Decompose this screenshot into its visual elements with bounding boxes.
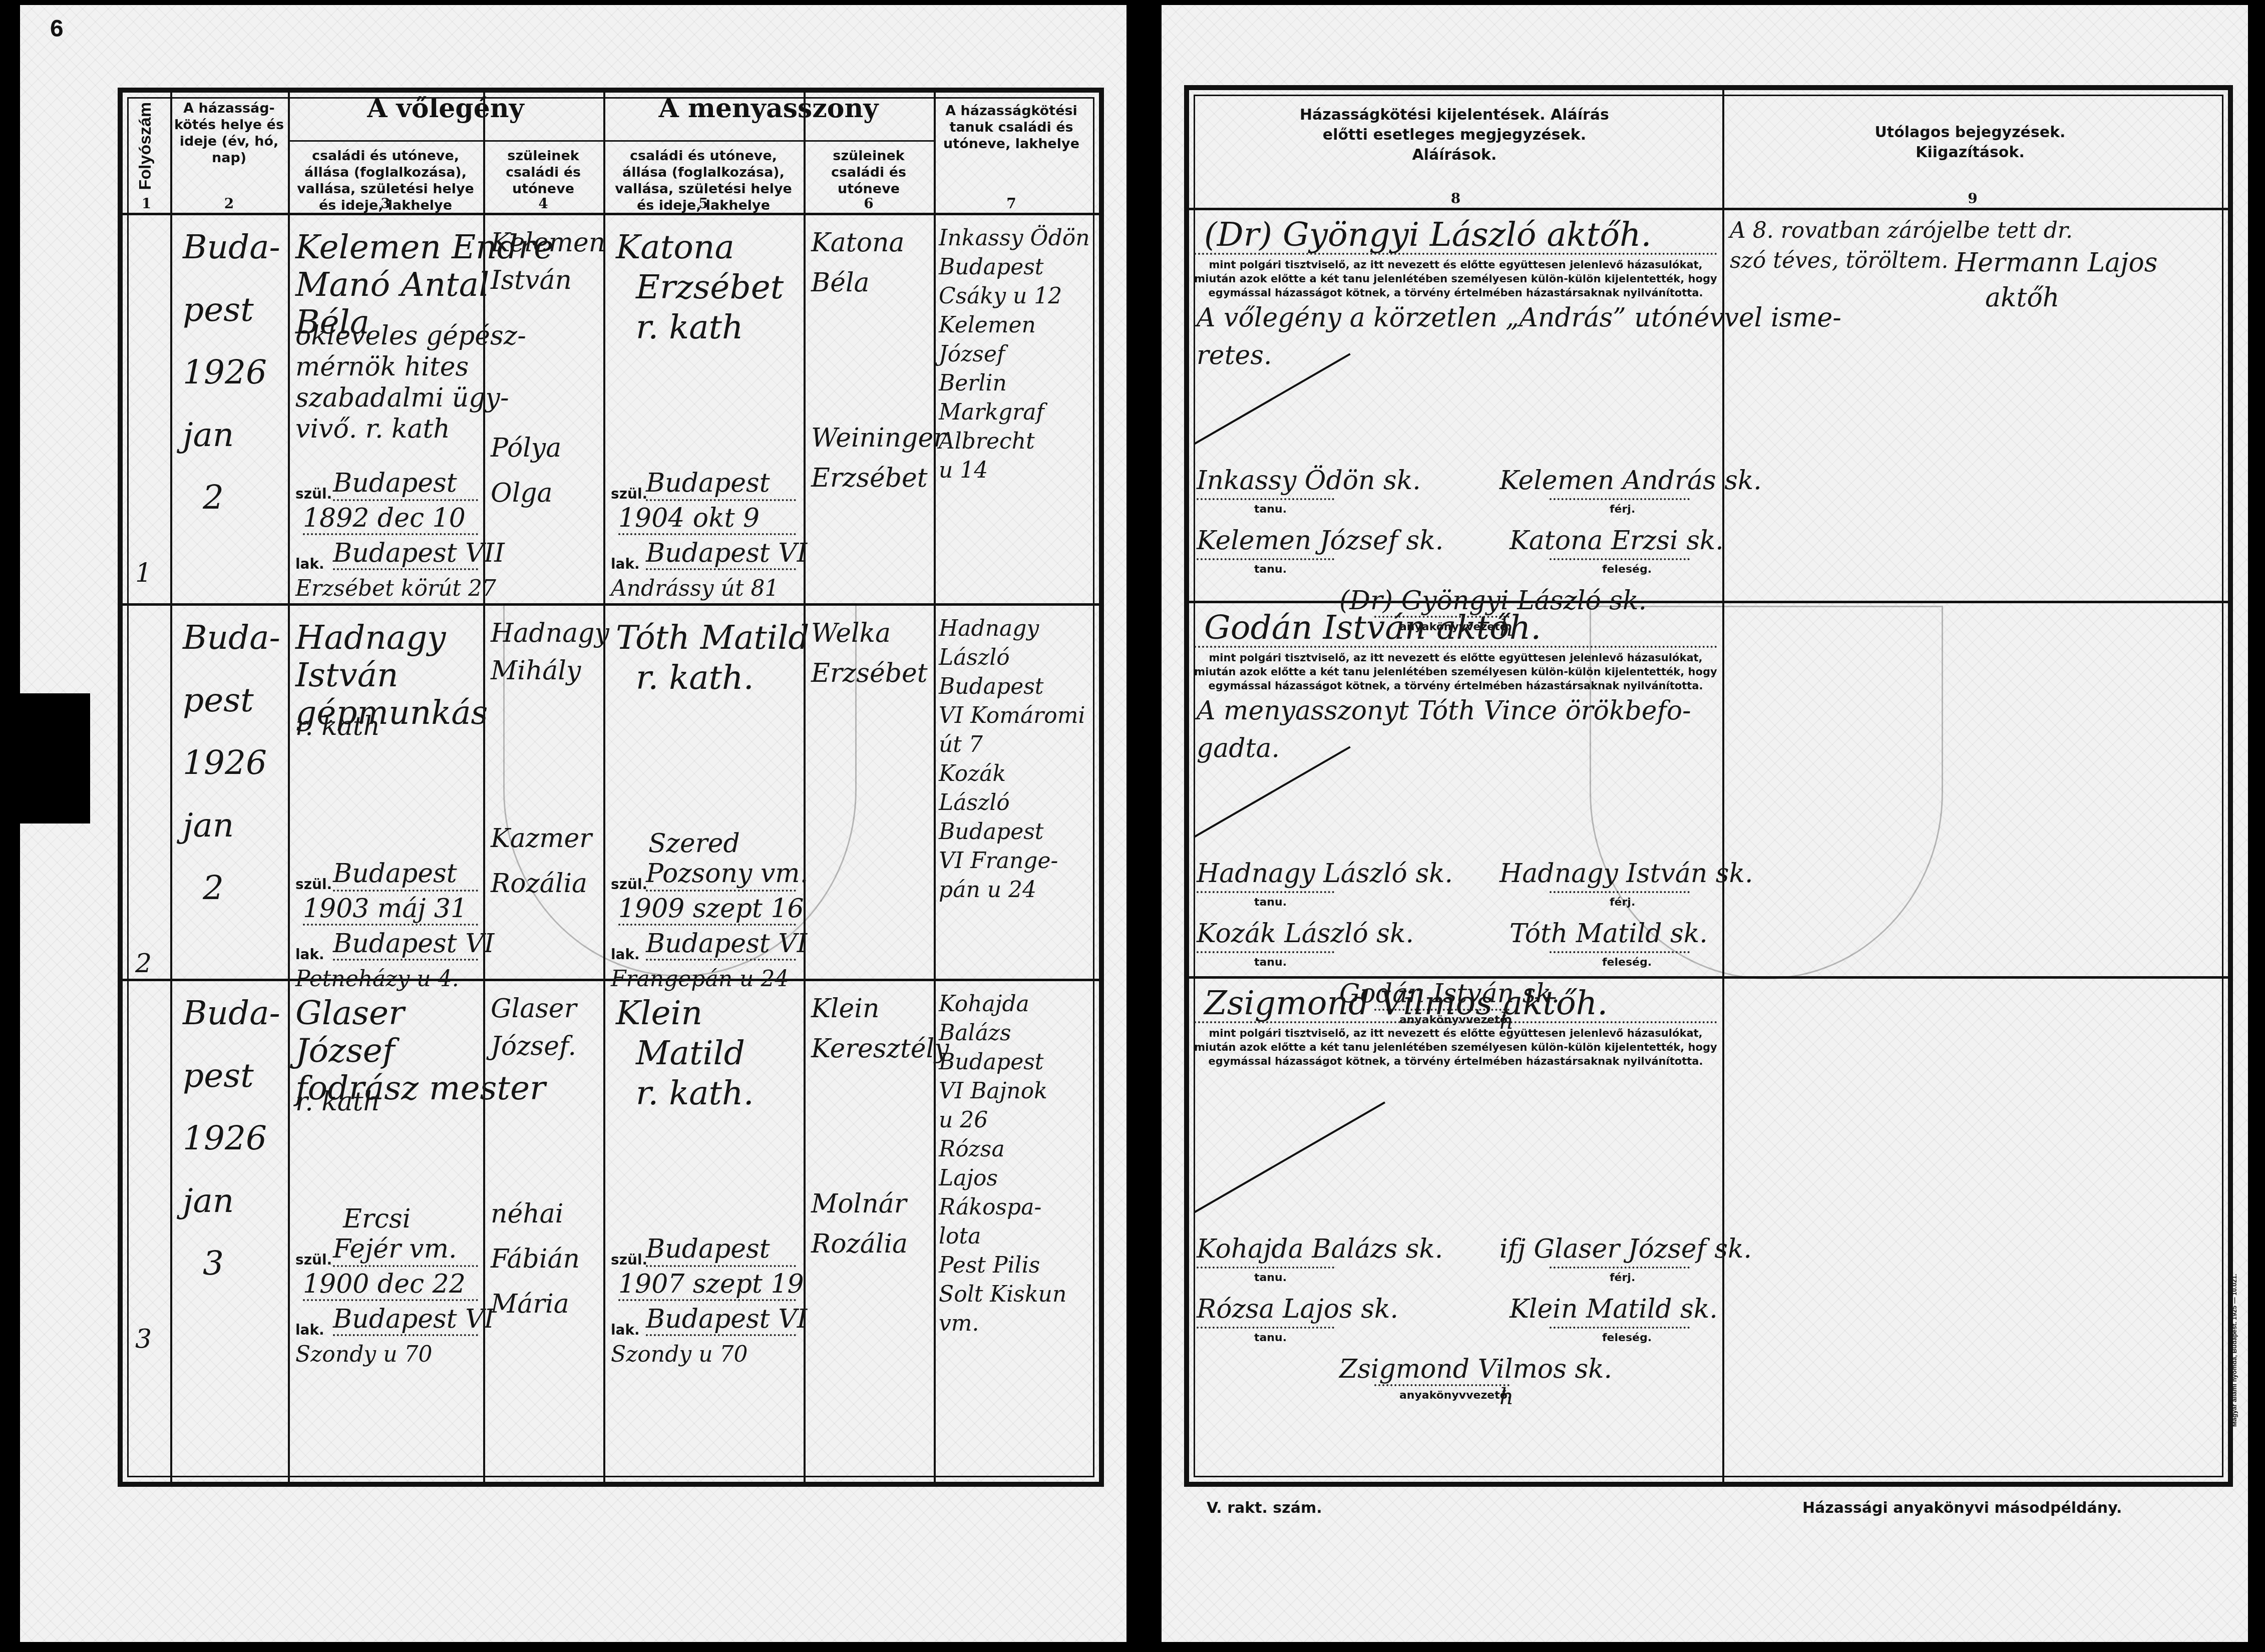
binding-tab: [0, 693, 90, 823]
wife-signature: Katona Erzsi sk.: [1509, 526, 1724, 556]
residence-label: lak.: [611, 1322, 640, 1338]
dotted-line: [333, 1334, 478, 1336]
bride-birth-place: Budapest: [646, 1234, 770, 1264]
residence-label: lak.: [295, 556, 324, 572]
groom-name-occupation: Manó Antal: [295, 265, 489, 304]
bride-parent-name: Klein: [811, 994, 879, 1024]
registrar-signature: Zsigmond Vilmos sk.: [1339, 1354, 1612, 1384]
witness-entry: út 7: [939, 732, 983, 757]
header-place-date: A házasság-kötés helye és ideje (év, hó,…: [173, 100, 285, 166]
header-groom: A vőlegény: [290, 100, 601, 117]
marriage-place-date: pest: [183, 290, 254, 329]
witness-entry: László: [939, 645, 1010, 670]
later-entry-signature: aktőh: [1985, 283, 2059, 313]
printed-declaration: mint polgári tisztviselő, az itt nevezet…: [1194, 258, 1717, 300]
bride-birth-date: 1904 okt 9: [618, 503, 760, 533]
dotted-line: [1550, 891, 1690, 893]
born-label: szül.: [611, 486, 647, 502]
groom-birth-town: Ercsi: [343, 1204, 411, 1234]
bride-residence: Budapest VI: [646, 929, 807, 959]
groom-parent-name: Fábián: [491, 1244, 580, 1274]
groom-parent-name: József.: [491, 1031, 576, 1061]
groom-birth-place: Budapest: [333, 859, 457, 889]
groom-birth-date: 1892 dec 10: [303, 503, 466, 533]
groom-address: Petneházy u 4.: [295, 966, 459, 992]
witness-label: tanu.: [1254, 1332, 1287, 1344]
bride-parent-name: Welka: [811, 618, 891, 648]
bride-residence: Budapest VI: [646, 538, 807, 568]
header-subdivider: [288, 140, 934, 142]
header-groom-parents: szüleinek családi és utóneve: [486, 148, 601, 197]
dotted-line: [1197, 558, 1334, 560]
groom-parent-name: István: [491, 265, 572, 295]
dotted-line: [1550, 1267, 1690, 1269]
dotted-line: [333, 568, 478, 570]
dotted-line: [1550, 498, 1690, 500]
later-entry-line: A 8. rovatban zárójelbe tett dr.: [1730, 218, 2073, 243]
header-declarations: Házasságkötési kijelentések. Aláírás elő…: [1279, 105, 1630, 165]
remark-line: A menyasszonyt Tóth Vince örökbefo-: [1197, 696, 1691, 726]
bride-name-occupation: Erzsébet: [636, 268, 784, 306]
marriage-place-date: pest: [183, 681, 254, 719]
marriage-place-date: Buda-: [183, 618, 280, 657]
groom-birth-place: Budapest: [333, 468, 457, 498]
bride-name-occupation: Tóth Matild: [616, 618, 810, 657]
bride-parent-name: Béla: [811, 268, 870, 298]
witness-entry: Inkassy Ödön: [939, 225, 1090, 251]
dotted-line: [1194, 646, 1717, 648]
witness-entry: Markgraf: [939, 399, 1044, 425]
marriage-place-date: 1926: [183, 1119, 267, 1157]
witness-entry: Rózsa: [939, 1136, 1005, 1162]
marriage-place-date: 1926: [183, 743, 267, 782]
bride-parent-name: Erzsébet: [811, 658, 928, 688]
husband-label: férj.: [1610, 503, 1635, 516]
witness2-signature: Rózsa Lajos sk.: [1197, 1294, 1398, 1324]
dotted-line: [1194, 253, 1717, 255]
born-label: szül.: [611, 1252, 647, 1268]
witness-entry: Berlin: [939, 370, 1007, 396]
witness1-signature: Kohajda Balázs sk.: [1197, 1234, 1443, 1264]
witness-entry: Budapest: [939, 1049, 1044, 1075]
col-divider: [170, 93, 172, 1482]
wife-signature: Tóth Matild sk.: [1509, 919, 1708, 949]
groom-name-occupation: Glaser: [295, 994, 405, 1032]
witness-entry: u 26: [939, 1107, 988, 1133]
witness-entry: VI Komáromi: [939, 703, 1085, 728]
printed-declaration: mint polgári tisztviselő, az itt nevezet…: [1194, 1026, 1717, 1068]
witness-label: tanu.: [1254, 1272, 1287, 1284]
wife-label: feleség.: [1602, 1332, 1652, 1344]
residence-label: lak.: [295, 1322, 324, 1338]
bride-address: Andrássy út 81: [611, 576, 779, 601]
witness-entry: Kozák: [939, 761, 1006, 786]
groom-name-occupation: okleveles gépész-: [295, 321, 526, 351]
residence-label: lak.: [611, 556, 640, 572]
officiant-name: (Dr) Gyöngyi László aktőh.: [1204, 215, 1652, 254]
bride-name-occupation: Matild: [636, 1034, 745, 1072]
record-number: 1: [135, 558, 152, 588]
witness-entry: Budapest: [939, 674, 1044, 699]
groom-address: Erzsébet körút 27: [295, 576, 496, 601]
born-label: szül.: [295, 486, 332, 502]
marriage-place-date: pest: [183, 1056, 254, 1095]
column-number: 8: [1189, 190, 1722, 207]
later-entry-signature: Hermann Lajos: [1955, 248, 2157, 278]
bride-residence: Budapest VI: [646, 1304, 807, 1334]
groom-parent-name: Olga: [491, 478, 553, 508]
dotted-line: [1197, 1327, 1334, 1329]
dotted-line: [1550, 1327, 1690, 1329]
dotted-line: [333, 890, 478, 892]
record-number: 2: [135, 949, 152, 979]
dotted-line: [618, 924, 796, 926]
groom-parent-name: Kazmer: [491, 823, 592, 854]
wife-label: feleség.: [1602, 563, 1652, 576]
dotted-line: [333, 499, 478, 501]
bride-name-occupation: r. kath.: [636, 658, 754, 697]
dotted-line: [646, 959, 796, 961]
groom-name-occupation: szabadalmi ügy-: [295, 383, 509, 413]
strike-through-line: [1194, 1101, 1385, 1213]
bride-birth-place: Budapest: [646, 468, 770, 498]
column-number: 5: [606, 195, 801, 212]
bride-birth-place: Pozsony vm.: [646, 859, 808, 889]
header-witnesses: A házasságkötési tanuk családi és utónev…: [936, 103, 1086, 152]
later-entry-line: szó téves, töröltem.: [1730, 248, 1949, 273]
registrar-initial: h: [1499, 1384, 1514, 1410]
husband-signature: Hadnagy István sk.: [1499, 859, 1753, 889]
officiant-name: Zsigmond Vilmos aktőh.: [1204, 984, 1608, 1022]
witness1-signature: Hadnagy László sk.: [1197, 859, 1453, 889]
page-corner-mark: 6: [50, 15, 64, 43]
groom-residence: Budapest VI: [333, 1304, 494, 1334]
groom-parent-name: Glaser: [491, 994, 577, 1024]
groom-parent-name: Mária: [491, 1289, 569, 1319]
header-bride-parents: szüleinek családi és utóneve: [806, 148, 931, 197]
groom-name-occupation: mérnök hites: [295, 352, 469, 382]
marriage-place-date: Buda-: [183, 228, 280, 266]
header-folyoszam: Folyószám: [136, 110, 155, 190]
witness-entry: pán u 24: [939, 877, 1036, 903]
printer-imprint: Magyar állami nyomda, Budapest. 1925 — 1…: [2230, 1274, 2238, 1427]
wife-label: feleség.: [1602, 956, 1652, 969]
witness-entry: Lajos: [939, 1165, 998, 1191]
dotted-line: [646, 568, 796, 570]
dotted-line: [1197, 1267, 1334, 1269]
witness1-signature: Inkassy Ödön sk.: [1197, 466, 1421, 496]
dotted-line: [1197, 891, 1334, 893]
groom-parent-name: Kelemen: [491, 228, 605, 258]
footer-document-title: Házassági anyakönyvi másodpéldány.: [1802, 1499, 2122, 1517]
witness-entry: Hadnagy: [939, 616, 1039, 641]
column-number: 2: [173, 195, 285, 212]
groom-residence: Budapest VI: [333, 929, 494, 959]
col-divider: [934, 93, 936, 1482]
witness-label: tanu.: [1254, 503, 1287, 516]
marriage-place-date: jan: [183, 1181, 234, 1220]
bride-birth-date: 1907 szept 19: [618, 1269, 804, 1299]
witness-entry: Rákospa-: [939, 1194, 1041, 1220]
dotted-line: [303, 1299, 478, 1301]
witness-label: tanu.: [1254, 563, 1287, 576]
dotted-line: [303, 533, 478, 535]
husband-signature: ifj Glaser József sk.: [1499, 1234, 1752, 1264]
bride-birth-date: 1909 szept 16: [618, 894, 804, 924]
column-number: 6: [806, 195, 931, 212]
husband-label: férj.: [1610, 1272, 1635, 1284]
groom-parent-name: Mihály: [491, 656, 581, 686]
bride-parent-name: Molnár: [811, 1189, 907, 1219]
dotted-line: [1550, 558, 1690, 560]
dotted-line: [303, 924, 478, 926]
column-number: 9: [1725, 190, 2220, 207]
witness-entry: József: [939, 341, 1005, 367]
registrar-label: anyakönyvvezető.: [1399, 1389, 1512, 1402]
dotted-line: [646, 1334, 796, 1336]
bride-parent-name: Katona: [811, 228, 905, 258]
bride-name-occupation: r. kath: [636, 308, 743, 346]
groom-parent-name: néhai: [491, 1199, 563, 1229]
dotted-line: [646, 890, 796, 892]
marriage-place-date: jan: [183, 416, 234, 454]
footer-storage-number: V. rakt. szám.: [1207, 1499, 1322, 1517]
bride-parent-name: Rozália: [811, 1229, 908, 1259]
witness-entry: vm.: [939, 1311, 979, 1336]
witness-entry: Albrecht: [939, 429, 1035, 454]
remark-line: A vőlegény a körzetlen „András” utónévve…: [1197, 303, 1841, 333]
witness-entry: Solt Kiskun: [939, 1282, 1066, 1307]
declarations-table: Házasságkötési kijelentések. Aláírás elő…: [1184, 85, 2233, 1487]
dotted-line: [1374, 1384, 1509, 1386]
register-table: Folyószám A házasság-kötés helye és idej…: [118, 88, 1104, 1487]
marriage-place-date: 3: [203, 1244, 224, 1283]
printed-declaration: mint polgári tisztviselő, az itt nevezet…: [1194, 651, 1717, 693]
dotted-line: [333, 959, 478, 961]
header-bride: A menyasszony: [606, 100, 931, 117]
witness-entry: László: [939, 790, 1010, 815]
column-number: 3: [290, 195, 481, 212]
wife-signature: Klein Matild sk.: [1509, 1294, 1718, 1324]
bride-address: Frangepán u 24: [611, 966, 789, 992]
witness2-signature: Kozák László sk.: [1197, 919, 1414, 949]
groom-parent-name: Hadnagy: [491, 618, 609, 648]
husband-label: férj.: [1610, 896, 1635, 909]
groom-birth-date: 1903 máj 31: [303, 894, 467, 924]
column-number: 7: [936, 195, 1086, 212]
marriage-place-date: 2: [203, 869, 224, 907]
groom-birth-place: Fejér vm.: [333, 1234, 457, 1264]
dotted-line: [646, 499, 796, 501]
bride-name-occupation: r. kath.: [636, 1074, 754, 1112]
witness-label: tanu.: [1254, 956, 1287, 969]
bride-parent-name: Weininger: [811, 423, 946, 453]
groom-name-occupation: vivő. r. kath: [295, 414, 450, 444]
groom-parent-name: Pólya: [491, 433, 561, 463]
witness-entry: VI Frange-: [939, 848, 1058, 874]
groom-name-occupation: József: [295, 1031, 395, 1070]
dotted-line: [646, 1265, 796, 1267]
groom-residence: Budapest VII: [333, 538, 505, 568]
record-number: 3: [135, 1324, 152, 1354]
witness2-signature: Kelemen József sk.: [1197, 526, 1443, 556]
dotted-line: [618, 1299, 796, 1301]
groom-name-occupation: István: [295, 656, 399, 694]
header-rule: [1189, 208, 2228, 210]
col-divider: [288, 93, 290, 1482]
groom-name-occupation: Hadnagy: [295, 618, 446, 657]
groom-address: Szondy u 70: [295, 1342, 432, 1367]
witness-entry: Kohajda: [939, 991, 1029, 1017]
born-label: szül.: [295, 1252, 332, 1268]
remark-line: gadta.: [1197, 733, 1280, 763]
witness-entry: lota: [939, 1223, 981, 1249]
bride-parent-name: Keresztély: [811, 1034, 949, 1064]
born-label: szül.: [295, 876, 332, 893]
witness-label: tanu.: [1254, 896, 1287, 909]
bride-birth-town: Szered: [648, 829, 740, 859]
bride-name-occupation: Katona: [616, 228, 734, 266]
marriage-place-date: jan: [183, 806, 234, 845]
dotted-line: [1194, 1021, 1717, 1023]
bride-address: Szondy u 70: [611, 1342, 747, 1367]
residence-label: lak.: [611, 946, 640, 963]
witness-entry: Csáky u 12: [939, 283, 1062, 309]
born-label: szül.: [611, 876, 647, 893]
witness-entry: u 14: [939, 458, 988, 483]
column-number: 1: [123, 195, 170, 212]
witness-entry: Budapest: [939, 819, 1044, 845]
dotted-line: [1197, 951, 1334, 953]
marriage-place-date: 2: [203, 478, 224, 517]
header-later-entries: Utólagos bejegyzések. Kiigazítások.: [1835, 123, 2105, 163]
groom-birth-date: 1900 dec 22: [303, 1269, 466, 1299]
witness-entry: Kelemen: [939, 312, 1036, 338]
marriage-place-date: Buda-: [183, 994, 280, 1032]
groom-parent-name: Rozália: [491, 869, 587, 899]
bride-name-occupation: Klein: [616, 994, 702, 1032]
remark-line: retes.: [1197, 340, 1272, 370]
dotted-line: [1550, 951, 1690, 953]
groom-name-occupation: r. kath: [295, 711, 380, 741]
marriage-place-date: 1926: [183, 353, 267, 391]
husband-signature: Kelemen András sk.: [1499, 466, 1762, 496]
witness-entry: VI Bajnok: [939, 1078, 1047, 1104]
dotted-line: [333, 1265, 478, 1267]
column-number: 4: [486, 195, 601, 212]
witness-entry: Balázs: [939, 1020, 1011, 1046]
dotted-line: [1197, 498, 1334, 500]
witness-entry: Budapest: [939, 254, 1044, 280]
officiant-name: Godán István aktőh.: [1204, 608, 1541, 647]
groom-name-occupation: r. kath: [295, 1087, 380, 1117]
dotted-line: [618, 533, 796, 535]
bride-parent-name: Erzsébet: [811, 463, 928, 493]
witness-entry: Pest Pilis: [939, 1253, 1040, 1278]
residence-label: lak.: [295, 946, 324, 963]
